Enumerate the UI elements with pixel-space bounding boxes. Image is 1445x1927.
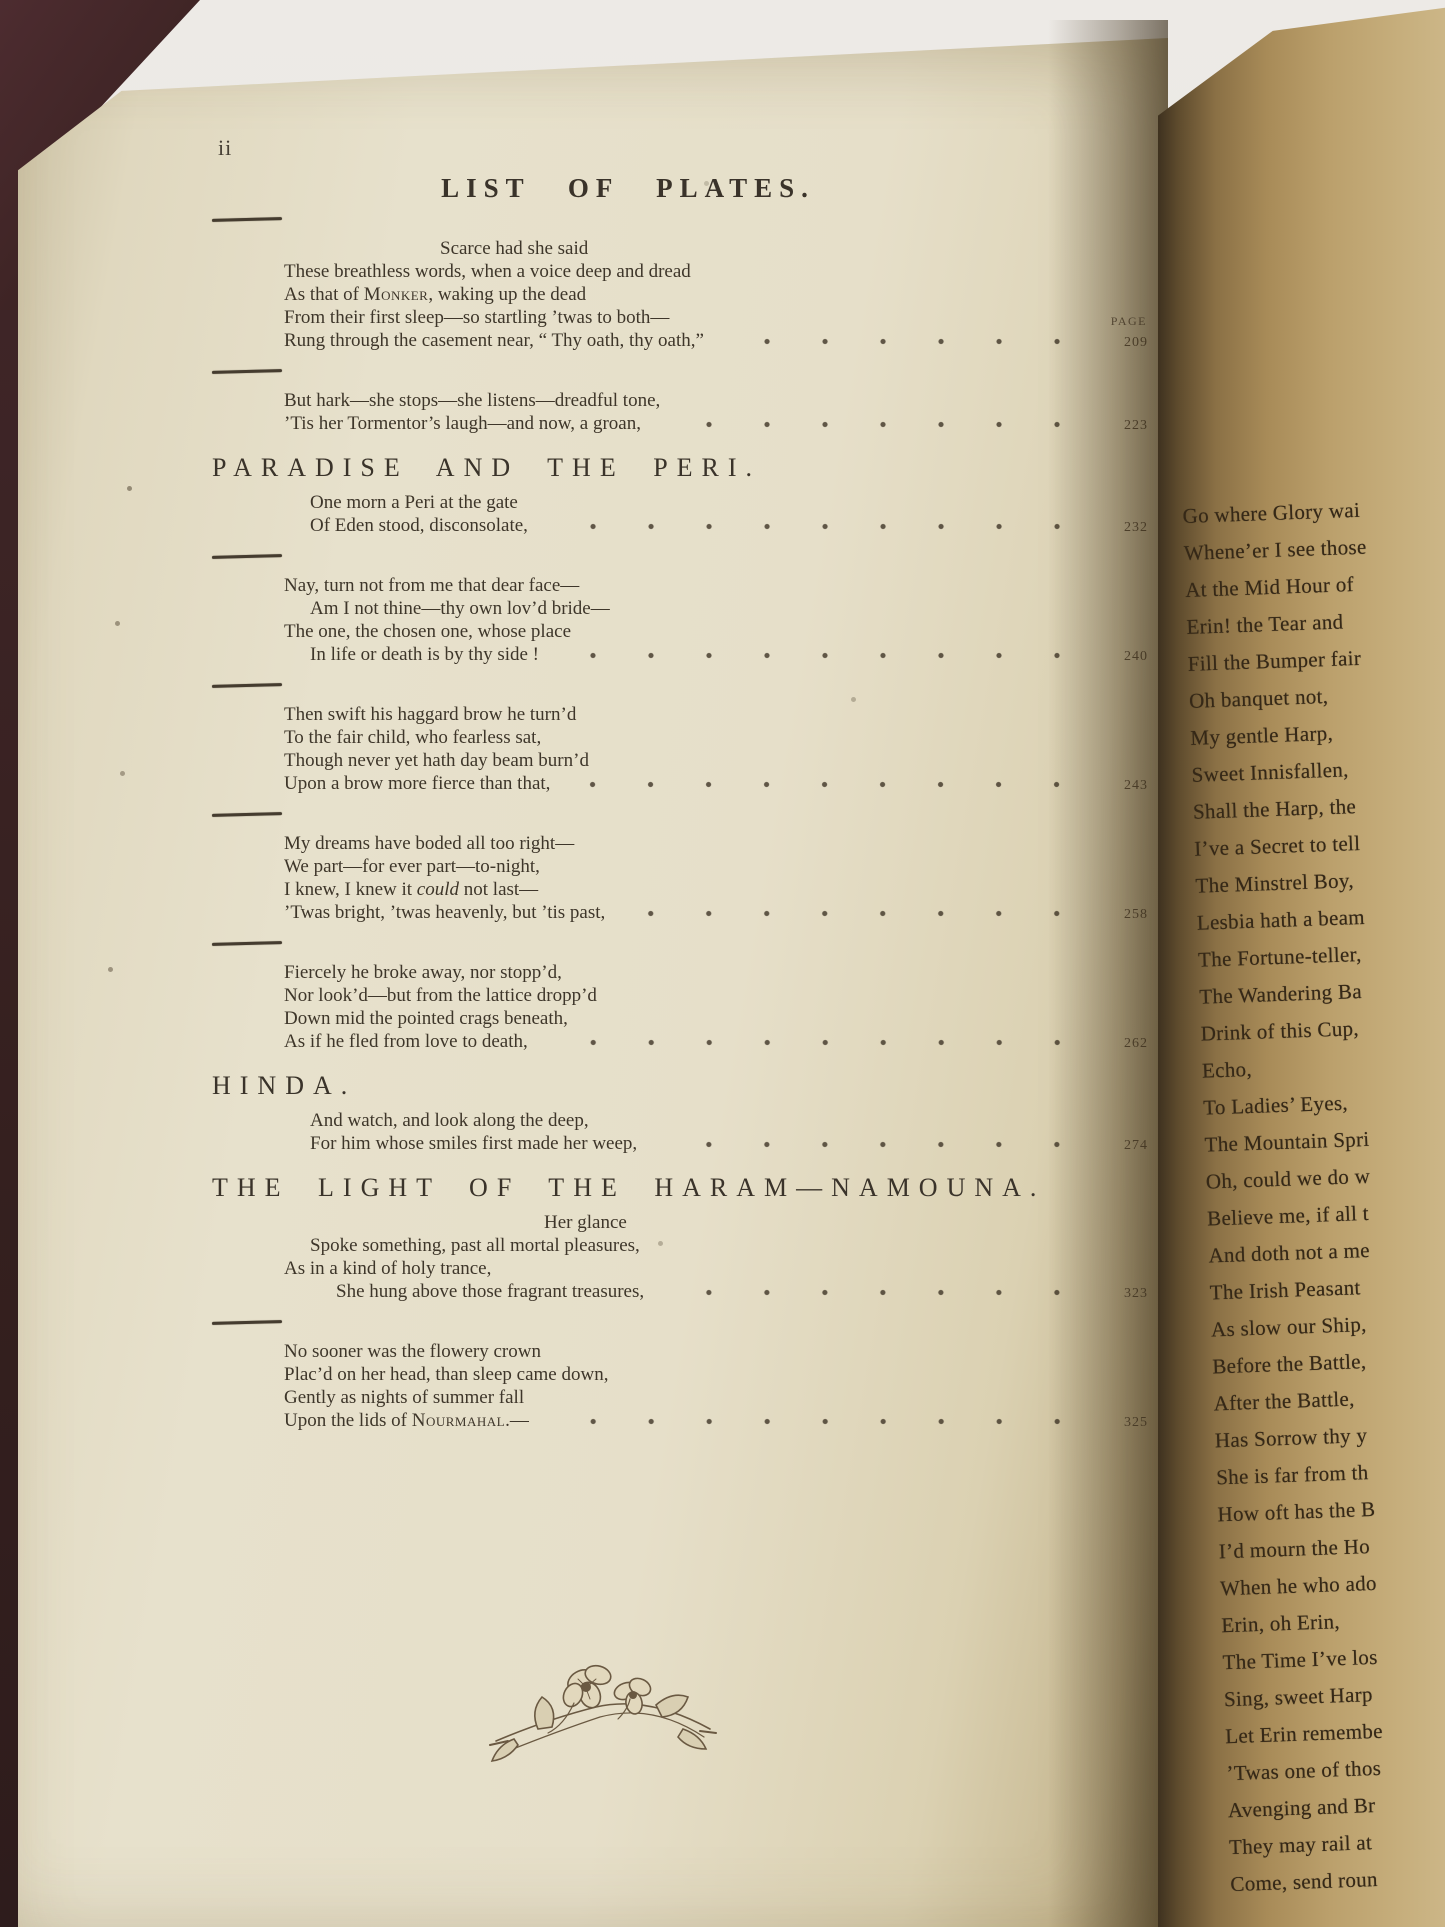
verse-line: Of Eden stood, disconsolate,232 bbox=[268, 514, 1148, 539]
left-page: ii LIST OF PLATES. Scarce had she saidTh… bbox=[18, 38, 1168, 1927]
verse-line: As in a kind of holy trance, bbox=[268, 1257, 1148, 1280]
verse-fragment: Nourmahal bbox=[412, 1410, 505, 1431]
verse-fragment: could bbox=[417, 879, 459, 900]
verse-line: Nor look’d—but from the lattice dropp’d bbox=[268, 984, 1148, 1007]
verse-line: Fiercely he broke away, nor stopp’d, bbox=[268, 961, 1148, 984]
verse-line: We part—for ever part—to-night, bbox=[268, 855, 1148, 878]
verse-fragment: As that of bbox=[284, 284, 364, 305]
verse-text: Upon the lids of Nourmahal.— bbox=[284, 1409, 529, 1432]
verse-fragment: , waking up the dead bbox=[428, 284, 586, 305]
page-title: LIST OF PLATES. bbox=[298, 173, 958, 204]
verse-text: Am I not thine—thy own lov’d bride— bbox=[310, 598, 610, 619]
verse-text: We part—for ever part—to-night, bbox=[284, 856, 540, 877]
verse-text: One morn a Peri at the gate bbox=[310, 492, 518, 513]
verse-line: Scarce had she said bbox=[268, 237, 1148, 260]
verse-text: But hark—she stops—she listens—dreadful … bbox=[284, 390, 660, 411]
verse-text: Down mid the pointed crags beneath, bbox=[284, 1008, 568, 1029]
separator-rule bbox=[212, 941, 282, 946]
verse-line: But hark—she stops—she listens—dreadful … bbox=[268, 389, 1148, 412]
verse-text: For him whose smiles first made her weep… bbox=[310, 1132, 637, 1155]
verse-line: The one, the chosen one, whose place bbox=[268, 620, 1148, 643]
verse-line: From their first sleep—so startling ’twa… bbox=[268, 306, 1148, 329]
verse-text: Fiercely he broke away, nor stopp’d, bbox=[284, 962, 562, 983]
gutter-shadow bbox=[1048, 20, 1168, 1927]
verse-line: For him whose smiles first made her weep… bbox=[268, 1132, 1148, 1157]
plate-entry: And watch, and look along the deep,For h… bbox=[268, 1109, 1148, 1157]
paper-specks bbox=[0, 0, 3, 3]
leader-dots bbox=[664, 1288, 1086, 1298]
verse-text: ’Tis her Tormentor’s laugh—and now, a gr… bbox=[284, 412, 641, 435]
verse-text: Rung through the casement near, “ Thy oa… bbox=[284, 329, 704, 352]
book-photo: { "colors":{"paper":"#e6dfc9","facing_pa… bbox=[0, 0, 1445, 1927]
plate-entry: My dreams have boded all too right—We pa… bbox=[268, 832, 1148, 926]
blossom-left bbox=[560, 1663, 613, 1711]
plate-entry: Her glanceSpoke something, past all mort… bbox=[268, 1211, 1148, 1305]
verse-text: As if he fled from love to death, bbox=[284, 1030, 528, 1053]
verse-line: As if he fled from love to death,262 bbox=[268, 1030, 1148, 1055]
separator-rule bbox=[212, 217, 282, 222]
verse-text: The one, the chosen one, whose place bbox=[284, 621, 571, 642]
verse-line: Down mid the pointed crags beneath, bbox=[268, 1007, 1148, 1030]
leader-dots bbox=[548, 1038, 1086, 1048]
verse-text: Though never yet hath day beam burn’d bbox=[284, 750, 589, 771]
plate-heading: PARADISE AND THE PERI. bbox=[212, 453, 1148, 483]
plate-heading: THE LIGHT OF THE HARAM—NAMOUNA. bbox=[212, 1173, 1148, 1203]
verse-text: Scarce had she said bbox=[440, 238, 588, 259]
plate-entry: Nay, turn not from me that dear face—Am … bbox=[268, 574, 1148, 668]
verse-text: And watch, and look along the deep, bbox=[310, 1110, 589, 1131]
verse-fragment: not last— bbox=[459, 879, 538, 900]
verse-line: As that of Monker, waking up the dead bbox=[268, 283, 1148, 306]
leader-dots bbox=[625, 909, 1086, 919]
verse-line: Though never yet hath day beam burn’d bbox=[268, 749, 1148, 772]
verse-text: To the fair child, who fearless sat, bbox=[284, 727, 541, 748]
verse-line: Plac’d on her head, than sleep came down… bbox=[268, 1363, 1148, 1386]
verse-text: From their first sleep—so startling ’twa… bbox=[284, 307, 669, 328]
verse-text: My dreams have boded all too right— bbox=[284, 833, 574, 854]
plate-entry: But hark—she stops—she listens—dreadful … bbox=[268, 389, 1148, 437]
verse-line: Nay, turn not from me that dear face— bbox=[268, 574, 1148, 597]
verse-text: These breathless words, when a voice dee… bbox=[284, 261, 691, 282]
verse-text: As that of Monker, waking up the dead bbox=[284, 284, 586, 305]
verse-text: She hung above those fragrant treasures, bbox=[336, 1280, 644, 1303]
verse-text: In life or death is by thy side ! bbox=[310, 643, 539, 666]
verse-line: Upon a brow more fierce than that,243 bbox=[268, 772, 1148, 797]
verse-line: To the fair child, who fearless sat, bbox=[268, 726, 1148, 749]
verse-line: Her glance bbox=[268, 1211, 1148, 1234]
verse-text: No sooner was the flowery crown bbox=[284, 1341, 541, 1362]
verse-line: In life or death is by thy side !240 bbox=[268, 643, 1148, 668]
entries: Scarce had she saidThese breathless word… bbox=[268, 218, 1148, 1434]
leader-dots bbox=[549, 1417, 1086, 1427]
verse-line: And watch, and look along the deep, bbox=[268, 1109, 1148, 1132]
verse-fragment: I knew, I knew it bbox=[284, 879, 417, 900]
verse-fragment: Upon the lids of bbox=[284, 1410, 412, 1431]
list-of-plates: LIST OF PLATES. Scarce had she saidThese… bbox=[268, 173, 1148, 1450]
leader-dots bbox=[548, 522, 1086, 532]
verse-line: Upon the lids of Nourmahal.—325 bbox=[268, 1409, 1148, 1434]
floral-vignette-illustration bbox=[478, 1633, 728, 1793]
verse-text: Nay, turn not from me that dear face— bbox=[284, 575, 579, 596]
plate-heading: HINDA. bbox=[212, 1071, 1148, 1101]
facing-page: Go where Glory waiWhene’er I see thoseAt… bbox=[1158, 0, 1445, 1927]
leader-dots bbox=[657, 1140, 1086, 1150]
verse-line: One morn a Peri at the gate bbox=[268, 491, 1148, 514]
verse-line: These breathless words, when a voice dee… bbox=[268, 260, 1148, 283]
verse-line: She hung above those fragrant treasures,… bbox=[268, 1280, 1148, 1305]
plate-entry: No sooner was the flowery crownPlac’d on… bbox=[268, 1340, 1148, 1434]
verse-fragment: .— bbox=[505, 1410, 529, 1431]
verse-text: ’Twas bright, ’twas heavenly, but ’tis p… bbox=[284, 901, 605, 924]
leader-dots bbox=[661, 420, 1086, 430]
separator-rule bbox=[212, 812, 282, 817]
verse-line: Then swift his haggard brow he turn’d bbox=[268, 703, 1148, 726]
plate-entry: Then swift his haggard brow he turn’dTo … bbox=[268, 703, 1148, 797]
folio-number: ii bbox=[218, 135, 232, 161]
verse-text: Her glance bbox=[544, 1212, 627, 1233]
separator-rule bbox=[212, 554, 282, 559]
leader-dots bbox=[570, 780, 1086, 790]
verse-text: Gently as nights of summer fall bbox=[284, 1387, 524, 1408]
verse-line: ’Twas bright, ’twas heavenly, but ’tis p… bbox=[268, 901, 1148, 926]
verse-text: Nor look’d—but from the lattice dropp’d bbox=[284, 985, 597, 1006]
verse-line: Am I not thine—thy own lov’d bride— bbox=[268, 597, 1148, 620]
plate-entry: Scarce had she saidThese breathless word… bbox=[268, 237, 1148, 354]
verse-fragment: She hung above those fragrant treasures, bbox=[336, 1281, 644, 1302]
verse-fragment: Monker bbox=[364, 284, 429, 305]
verse-text: As in a kind of holy trance, bbox=[284, 1258, 491, 1279]
verse-line: My dreams have boded all too right— bbox=[268, 832, 1148, 855]
separator-rule bbox=[212, 683, 282, 688]
verse-line: Rung through the casement near, “ Thy oa… bbox=[268, 329, 1148, 354]
verse-text: I knew, I knew it could not last— bbox=[284, 879, 538, 900]
verse-line: I knew, I knew it could not last— bbox=[268, 878, 1148, 901]
verse-text: Spoke something, past all mortal pleasur… bbox=[310, 1235, 640, 1256]
verse-line: No sooner was the flowery crown bbox=[268, 1340, 1148, 1363]
verse-line: Spoke something, past all mortal pleasur… bbox=[268, 1234, 1148, 1257]
verse-line: Gently as nights of summer fall bbox=[268, 1386, 1148, 1409]
leader-dots bbox=[559, 651, 1086, 661]
verse-text: Of Eden stood, disconsolate, bbox=[310, 514, 528, 537]
plate-entry: One morn a Peri at the gateOf Eden stood… bbox=[268, 491, 1148, 539]
separator-rule bbox=[212, 1320, 282, 1325]
blossom-right bbox=[612, 1675, 653, 1715]
plate-entry: Fiercely he broke away, nor stopp’d,Nor … bbox=[268, 961, 1148, 1055]
facing-page-text: Go where Glory waiWhene’er I see thoseAt… bbox=[1182, 483, 1445, 1903]
leader-dots bbox=[724, 337, 1086, 347]
verse-text: Then swift his haggard brow he turn’d bbox=[284, 704, 576, 725]
verse-text: Upon a brow more fierce than that, bbox=[284, 772, 550, 795]
separator-rule bbox=[212, 369, 282, 374]
verse-text: Plac’d on her head, than sleep came down… bbox=[284, 1364, 608, 1385]
verse-line: ’Tis her Tormentor’s laugh—and now, a gr… bbox=[268, 412, 1148, 437]
